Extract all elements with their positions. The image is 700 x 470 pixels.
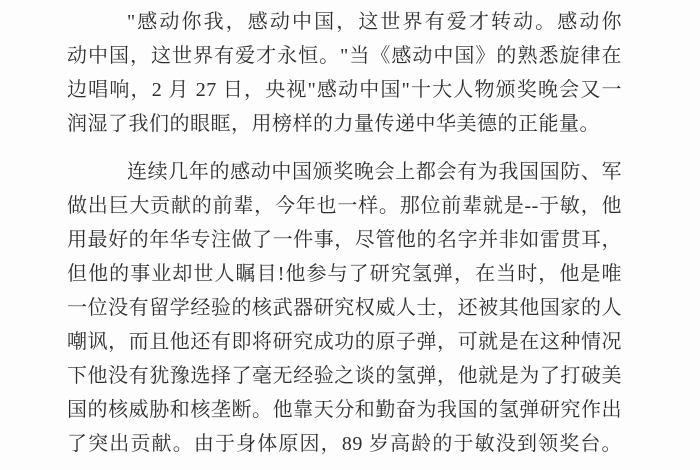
text-line: 润湿了我们的眼眶，用榜样的力量传递中华美德的正能量。 [67, 107, 622, 141]
text-line: 一位没有留学经验的核武器研究权威人士，还被其他国家的人 [67, 291, 622, 325]
document-page: "感动你我，感动中国，这世界有爱才转动。感动你我，感 动中国，这世界有爱才永恒。… [0, 0, 700, 470]
paragraph-yumin: 连续几年的感动中国颁奖晚会上都会有为我国国防、军事 做出巨大贡献的前辈，今年也一… [67, 155, 622, 461]
text-line: 动中国，这世界有爱才永恒。"当《感动中国》的熟悉旋律在耳 [67, 39, 622, 73]
text-line: 嘲讽，而且他还有即将研究成功的原子弹，可就是在这种情况 [67, 325, 622, 359]
paragraph-intro: "感动你我，感动中国，这世界有爱才转动。感动你我，感 动中国，这世界有爱才永恒。… [67, 5, 622, 141]
text-line: 下他没有犹豫选择了毫无经验之谈的氢弹，他就是为了打破美 [67, 359, 622, 393]
text-line: 连续几年的感动中国颁奖晚会上都会有为我国国防、军事 [67, 155, 622, 189]
text-line: 但他的事业却世人瞩目!他参与了研究氢弹，在当时，他是唯一 [67, 257, 622, 291]
text-line: 国的核威胁和核垄断。他靠天分和勤奋为我国的氢弹研究作出 [67, 393, 622, 427]
text-line: 了突出贡献。由于身体原因，89 岁高龄的于敏没到领奖台。他 [67, 427, 622, 461]
text-line: 用最好的年华专注做了一件事，尽管他的名字并非如雷贯耳， [67, 223, 622, 257]
text-line: 边唱响，2 月 27 日，央视"感动中国"十大人物颁奖晚会又一次 [67, 73, 622, 107]
text-line: "感动你我，感动中国，这世界有爱才转动。感动你我，感 [67, 5, 622, 39]
text-line: 做出巨大贡献的前辈，今年也一样。那位前辈就是--于敏，他 [67, 189, 622, 223]
